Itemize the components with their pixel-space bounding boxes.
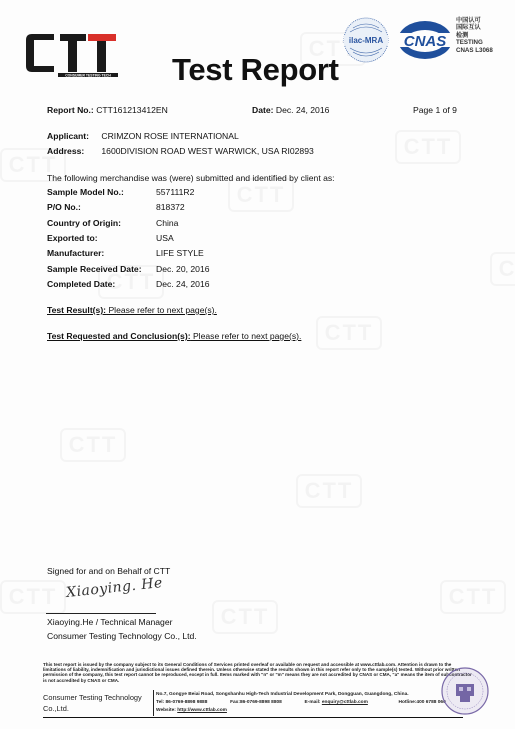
footer-rule bbox=[43, 717, 463, 718]
merchandise-field-row: Sample Received Date:Dec. 20, 2016 bbox=[47, 264, 210, 274]
ctt-logo: CONSUMER TESTING TECH bbox=[24, 30, 120, 80]
report-number: Report No.: CTT161213412EN bbox=[47, 105, 168, 115]
watermark: CTT bbox=[440, 580, 506, 614]
field-value: 818372 bbox=[156, 202, 185, 212]
test-results: Test Result(s): Please refer to next pag… bbox=[47, 305, 217, 315]
signatory-company: Consumer Testing Technology Co., Ltd. bbox=[47, 631, 197, 641]
svg-text:CNAS: CNAS bbox=[404, 33, 447, 50]
merchandise-field-row: P/O No.:818372 bbox=[47, 202, 185, 212]
field-value: Dec. 24, 2016 bbox=[156, 279, 210, 289]
watermark: CTT bbox=[212, 600, 278, 634]
signatory-name: Xiaoying.He / Technical Manager bbox=[47, 617, 172, 627]
watermark: CTT bbox=[228, 178, 294, 212]
merchandise-field-row: Manufacturer:LIFE STYLE bbox=[47, 248, 204, 258]
cnas-accreditation-text: 中国认可 国际互认 检测 TESTING CNAS L3068 bbox=[456, 17, 493, 54]
merchandise-field-row: Sample Model No.:557111R2 bbox=[47, 187, 194, 197]
report-date: Date: Dec. 24, 2016 bbox=[252, 105, 329, 115]
test-conclusion: Test Requested and Conclusion(s): Please… bbox=[47, 331, 301, 341]
field-value: 557111R2 bbox=[156, 187, 194, 197]
website-link[interactable]: http://www.cttlab.com bbox=[177, 708, 227, 713]
merchandise-field-row: Exported to:USA bbox=[47, 233, 174, 243]
field-label: Manufacturer: bbox=[47, 248, 156, 258]
page-title: Test Report bbox=[172, 52, 339, 88]
field-label: P/O No.: bbox=[47, 202, 156, 212]
cnas-logo: CNAS bbox=[394, 20, 456, 60]
field-label: Exported to: bbox=[47, 233, 156, 243]
disclaimer-text: This test report is issued by the compan… bbox=[43, 662, 475, 683]
watermark: CTT bbox=[316, 316, 382, 350]
svg-text:CONSUMER TESTING TECH: CONSUMER TESTING TECH bbox=[65, 74, 111, 78]
ilac-mra-logo: ilac-MRA bbox=[342, 16, 390, 64]
footer-divider bbox=[153, 690, 154, 716]
footer-company: Consumer Testing Technology Co.,Ltd. bbox=[43, 692, 142, 714]
watermark: CTT bbox=[60, 428, 126, 462]
signature-line bbox=[46, 613, 156, 614]
merchandise-intro: The following merchandise was (were) sub… bbox=[47, 173, 335, 183]
page-number: Page 1 of 9 bbox=[413, 105, 457, 115]
signed-for-text: Signed for and on Behalf of CTT bbox=[47, 566, 170, 576]
watermark: CTT bbox=[296, 474, 362, 508]
field-label: Sample Model No.: bbox=[47, 187, 156, 197]
field-value: China bbox=[156, 218, 178, 228]
footer-contact: No.7, Gongye Beiai Road, Songshanhu High… bbox=[156, 691, 446, 715]
watermark: CTT bbox=[490, 252, 515, 286]
field-label: Country of Origin: bbox=[47, 218, 156, 228]
watermark: CTT bbox=[395, 130, 461, 164]
merchandise-field-row: Country of Origin:China bbox=[47, 218, 178, 228]
field-value: LIFE STYLE bbox=[156, 248, 204, 258]
handwritten-signature: Xiaoying. He bbox=[65, 575, 163, 601]
svg-text:ilac-MRA: ilac-MRA bbox=[349, 36, 383, 45]
field-value: USA bbox=[156, 233, 174, 243]
address-row: Address: 1600DIVISION ROAD WEST WARWICK,… bbox=[47, 146, 314, 156]
applicant-row: Applicant: CRIMZON ROSE INTERNATIONAL bbox=[47, 131, 239, 141]
merchandise-field-row: Completed Date:Dec. 24, 2016 bbox=[47, 279, 210, 289]
field-label: Completed Date: bbox=[47, 279, 156, 289]
email-link[interactable]: enquiry@cttlab.com bbox=[322, 700, 368, 705]
company-seal-stamp bbox=[440, 666, 490, 716]
watermark: CTT bbox=[0, 580, 66, 614]
field-value: Dec. 20, 2016 bbox=[156, 264, 210, 274]
field-label: Sample Received Date: bbox=[47, 264, 156, 274]
